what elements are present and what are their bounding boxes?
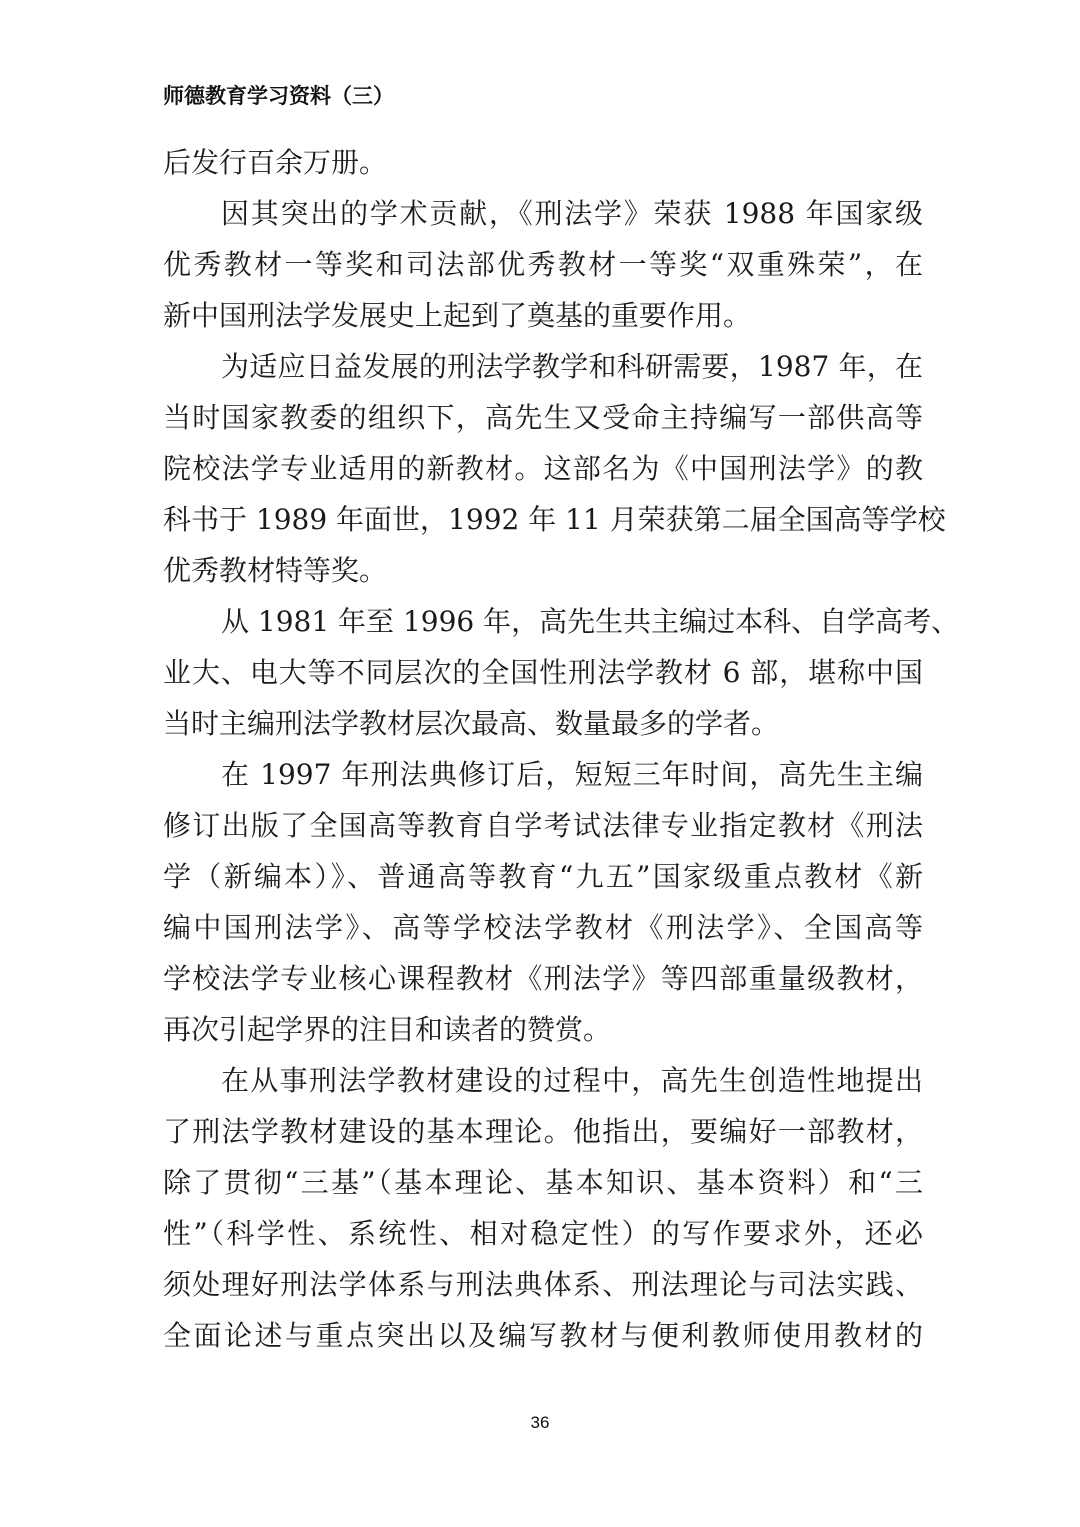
document-header-title: 师德教育学习资料（三） <box>163 80 394 110</box>
text-line: 优秀教材特等奖。 <box>163 545 923 596</box>
text-line: 学校法学专业核心课程教材《刑法学》等四部重量级教材， <box>163 953 923 1004</box>
text-line: 学（新编本）》、普通高等教育“九五”国家级重点教材《新 <box>163 851 923 902</box>
page-number: 36 <box>0 1413 1080 1433</box>
text-line: 为适应日益发展的刑法学教学和科研需要，1987 年，在 <box>163 341 923 392</box>
text-line: 在 1997 年刑法典修订后，短短三年时间，高先生主编 <box>163 749 923 800</box>
text-line: 当时国家教委的组织下，高先生又受命主持编写一部供高等 <box>163 392 923 443</box>
text-line: 从 1981 年至 1996 年，高先生共主编过本科、自学高考、 <box>163 596 923 647</box>
text-line: 编中国刑法学》、高等学校法学教材《刑法学》、全国高等 <box>163 902 923 953</box>
text-line: 再次引起学界的注目和读者的赞赏。 <box>163 1004 923 1055</box>
text-line: 全面论述与重点突出以及编写教材与便利教师使用教材的 <box>163 1310 923 1361</box>
text-line: 因其突出的学术贡献，《刑法学》荣获 1988 年国家级 <box>163 188 923 239</box>
text-line: 科书于 1989 年面世，1992 年 11 月荣获第二届全国高等学校 <box>163 494 923 545</box>
text-line: 除了贯彻“三基”（基本理论、基本知识、基本资料）和“三 <box>163 1157 923 1208</box>
text-line: 性”（科学性、系统性、相对稳定性）的写作要求外，还必 <box>163 1208 923 1259</box>
text-line: 修订出版了全国高等教育自学考试法律专业指定教材《刑法 <box>163 800 923 851</box>
text-line: 新中国刑法学发展史上起到了奠基的重要作用。 <box>163 290 923 341</box>
text-line: 优秀教材一等奖和司法部优秀教材一等奖“双重殊荣”，在 <box>163 239 923 290</box>
text-line: 当时主编刑法学教材层次最高、数量最多的学者。 <box>163 698 923 749</box>
text-line: 在从事刑法学教材建设的过程中，高先生创造性地提出 <box>163 1055 923 1106</box>
text-line: 院校法学专业适用的新教材。这部名为《中国刑法学》的教 <box>163 443 923 494</box>
text-line: 后发行百余万册。 <box>163 137 923 188</box>
text-line: 业大、电大等不同层次的全国性刑法学教材 6 部，堪称中国 <box>163 647 923 698</box>
document-body: 后发行百余万册。 因其突出的学术贡献，《刑法学》荣获 1988 年国家级 优秀教… <box>163 137 923 1361</box>
text-line: 须处理好刑法学体系与刑法典体系、刑法理论与司法实践、 <box>163 1259 923 1310</box>
text-line: 了刑法学教材建设的基本理论。他指出，要编好一部教材， <box>163 1106 923 1157</box>
